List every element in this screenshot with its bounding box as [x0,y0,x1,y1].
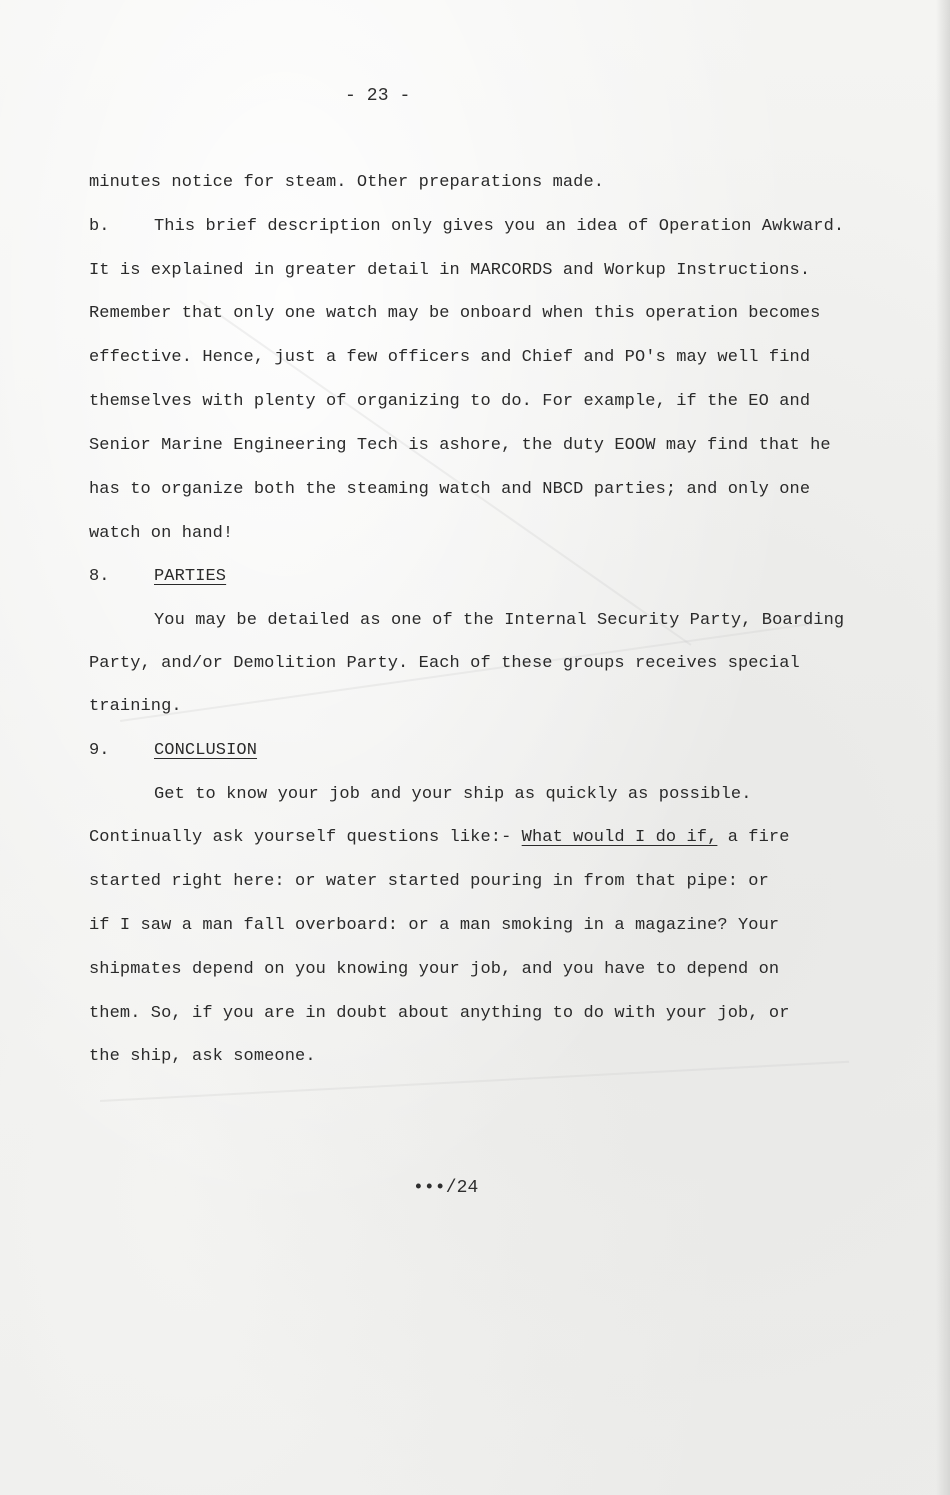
text-line: training. [89,697,182,717]
text-line: them. So, if you are in doubt about anyt… [89,1004,790,1024]
text-line: Senior Marine Engineering Tech is ashore… [89,436,831,456]
text-line: minutes notice for steam. Other preparat… [89,173,604,193]
text-line: Party, and/or Demolition Party. Each of … [89,654,800,674]
text-line: themselves with plenty of organizing to … [89,392,810,412]
text-line: watch on hand! [89,524,233,544]
underlined-phrase: What would I do if, [522,828,718,847]
text-line: has to organize both the steaming watch … [89,480,810,500]
section-number-9: 9. [89,741,110,761]
document-page: - 23 - minutes notice for steam. Other p… [0,0,950,1495]
text-line: shipmates depend on you knowing your job… [89,960,779,980]
text-line: Get to know your job and your ship as qu… [154,785,752,805]
text-line: if I saw a man fall overboard: or a man … [89,916,779,936]
text-line: Remember that only one watch may be onbo… [89,304,820,324]
text-line: Continually ask yourself questions like:… [89,828,790,848]
text-line: You may be detailed as one of the Intern… [154,611,844,631]
text-line: effective. Hence, just a few officers an… [89,348,810,368]
section-number-8: 8. [89,567,110,587]
page-number: - 23 - [345,86,410,106]
text-line: started right here: or water started pou… [89,872,769,892]
text-line: It is explained in greater detail in MAR… [89,261,810,281]
text-line: the ship, ask someone. [89,1047,316,1067]
text-line: This brief description only gives you an… [154,217,844,237]
section-heading-conclusion: CONCLUSION [154,741,257,761]
text-fragment: Continually ask yourself questions like:… [89,828,522,847]
continuation-marker: •••/24 [413,1178,478,1198]
page-edge-shadow [936,0,950,1495]
section-heading-parties: PARTIES [154,567,226,587]
text-fragment: a fire [717,828,789,847]
item-label-b: b. [89,217,110,237]
